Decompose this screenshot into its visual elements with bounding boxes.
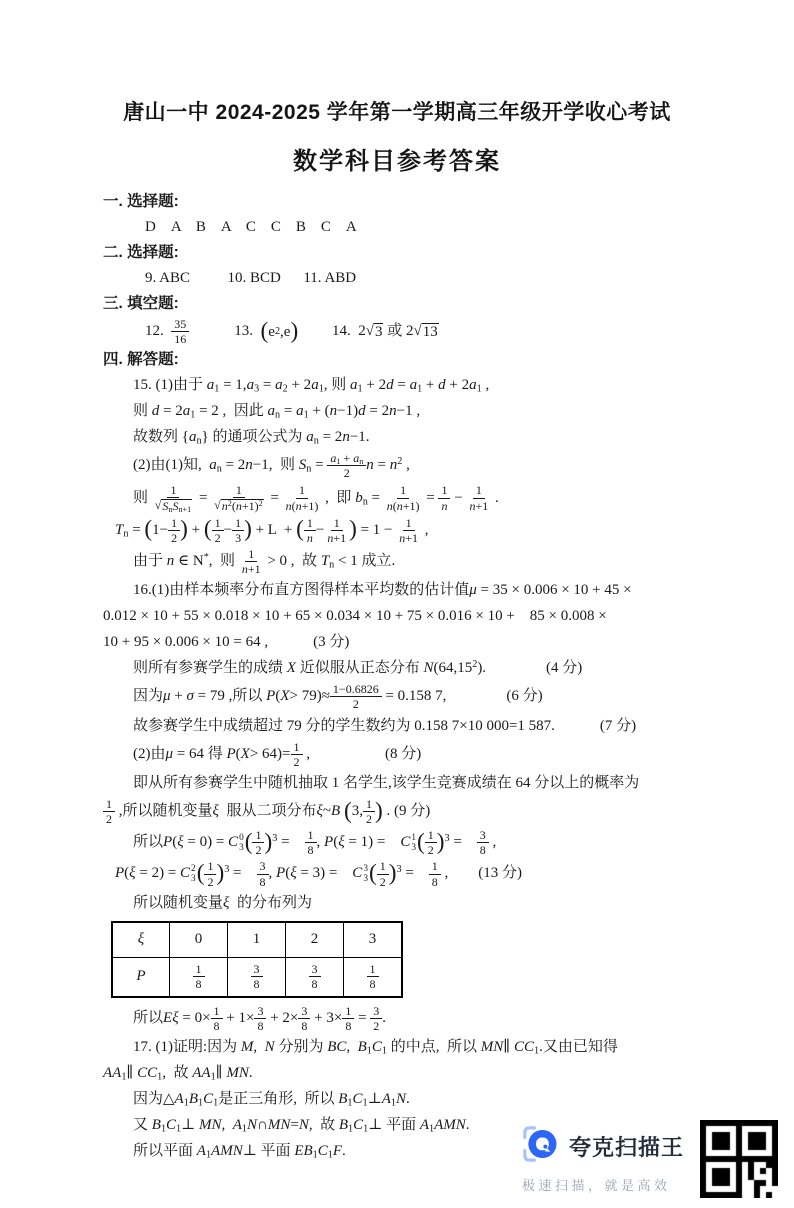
table-cell-prob: 18 xyxy=(170,957,228,997)
answer-line: 故数列 {an} 的通项公式为 an = 2n−1. xyxy=(133,424,710,450)
answer-line: 12 ,所以随机变量ξ 服从二项分布ξ~B (3,12) . (9 分) xyxy=(103,796,710,827)
exam-title: 唐山一中 2024-2025 学年第一学期高三年级开学收心考试 xyxy=(0,0,794,126)
scanner-app-name: 夸克扫描王 xyxy=(569,1131,684,1162)
table-cell-value: 1 xyxy=(228,922,286,958)
table-prob-label: P xyxy=(112,957,170,997)
answer-line: 则 1√SnSn+1 = 1√n2(n+1)2 = 1n(n+1) , 即 bn… xyxy=(133,482,710,515)
answer-line: 所以P(ξ = 0) = C03(12)3 = 18, P(ξ = 1) = C… xyxy=(133,827,710,858)
scanner-watermark: 夸克扫描王 极速扫描，就是高效 xyxy=(522,1120,778,1198)
table-cell-value: 0 xyxy=(170,922,228,958)
answer-line: 由于 n ∈ N*, 则 1n+1 > 0 , 故 Tn < 1 成立. xyxy=(133,546,710,577)
answer-line: 因为△A1B1C1是正三角形, 所以 B1C1⊥A1N. xyxy=(133,1086,710,1112)
answer-line: 9. ABC 10. BCD 11. ABD xyxy=(145,265,710,291)
quark-scanner-logo-icon xyxy=(522,1125,560,1168)
answer-line: 所以随机变量ξ 的分布列为 xyxy=(133,890,710,916)
answer-line: 17. (1)证明:因为 M, N 分别为 BC, B1C1 的中点, 所以 M… xyxy=(133,1034,710,1060)
answer-line: 16.(1)由样本频率分布直方图得样本平均数的估计值μ = 35 × 0.006… xyxy=(133,577,710,603)
answer-line: 0.012 × 10 + 55 × 0.018 × 10 + 65 × 0.03… xyxy=(103,603,710,629)
answer-line: 故参赛学生中成绩超过 79 分的学生数约为 0.158 7×10 000=1 5… xyxy=(133,713,710,739)
answer-line: 即从所有参赛学生中随机抽取 1 名学生,该学生竞赛成绩在 64 分以上的概率为 xyxy=(133,770,710,796)
distribution-table: ξ0123P18383818 xyxy=(111,921,403,998)
answer-line: 因为μ + σ = 79 ,所以 P(X> 79)≈1−0.68262 = 0.… xyxy=(133,681,710,712)
table-var-label: ξ xyxy=(112,922,170,958)
qr-code xyxy=(700,1120,778,1198)
table-cell-prob: 38 xyxy=(286,957,344,997)
table-cell-prob: 38 xyxy=(228,957,286,997)
table-cell-value: 2 xyxy=(286,922,344,958)
table-cell-prob: 18 xyxy=(344,957,403,997)
answer-line: 则 d = 2a1 = 2 , 因此 an = a1 + (n−1)d = 2n… xyxy=(133,398,710,424)
section-heading: 四. 解答题: xyxy=(103,347,710,372)
answer-line: 12. 3516 13. (e2,e) 14. 2√3 或 2√13 xyxy=(145,316,710,347)
document-page: 唐山一中 2024-2025 学年第一学期高三年级开学收心考试 数学科目参考答案… xyxy=(0,0,794,1208)
section-heading: 二. 选择题: xyxy=(103,240,710,265)
section-heading: 三. 填空题: xyxy=(103,291,710,316)
answer-line: 10 + 95 × 0.006 × 10 = 64 , (3 分) xyxy=(103,629,710,655)
answer-line: 15. (1)由于 a1 = 1,a3 = a2 + 2a1, 则 a1 + 2… xyxy=(133,372,710,398)
section-heading: 一. 选择题: xyxy=(103,189,710,214)
answer-line: 所以Eξ = 0×18 + 1×38 + 2×38 + 3×18 = 32. xyxy=(133,1003,710,1034)
answer-line: 则所有参赛学生的成绩 X 近似服从正态分布 N(64,152). (4 分) xyxy=(133,655,710,681)
answer-line: D A B A C C B C A xyxy=(145,214,710,240)
answer-line: (2)由μ = 64 得 P(X> 64)=12 , (8 分) xyxy=(133,739,710,770)
answer-key-title: 数学科目参考答案 xyxy=(0,141,794,176)
answer-line: (2)由(1)知, an = 2n−1, 则 Sn = a1 + an2n = … xyxy=(133,450,710,481)
answer-line: P(ξ = 2) = C23(12)3 = 38, P(ξ = 3) = C33… xyxy=(115,858,710,889)
answer-content: 一. 选择题:D A B A C C B C A二. 选择题:9. ABC 10… xyxy=(0,189,794,1164)
answer-line: AA1∥ CC1, 故 AA1∥ MN. xyxy=(103,1060,710,1086)
answer-line: Tn = (1−12) + (12−13) + L + (1n−1n+1) = … xyxy=(115,515,710,546)
scanner-brand-block: 夸克扫描王 极速扫描，就是高效 xyxy=(522,1125,684,1194)
scanner-tagline: 极速扫描，就是高效 xyxy=(522,1175,684,1194)
table-cell-value: 3 xyxy=(344,922,403,958)
